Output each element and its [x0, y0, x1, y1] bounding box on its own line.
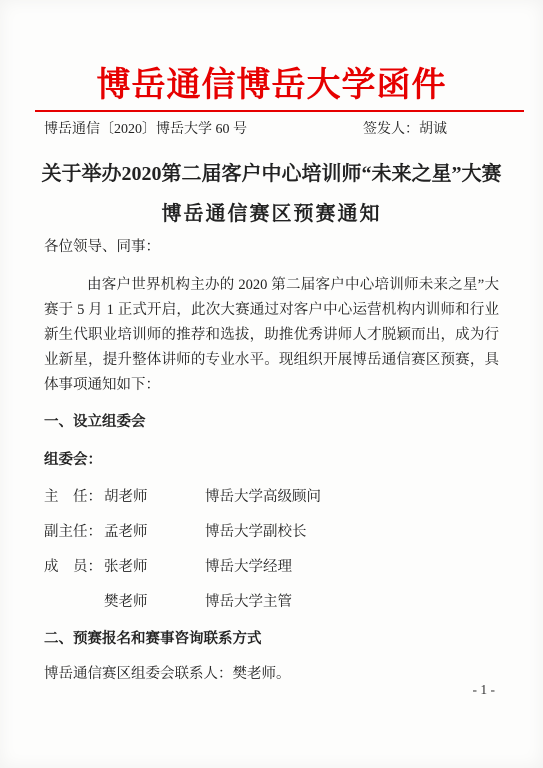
committee-subheading: 组委会： — [44, 448, 499, 473]
document-title: 关于举办2020第二届客户中心培训师“未来之星”大赛 博岳通信赛区预赛通知 — [0, 154, 543, 234]
document-title-line2: 博岳通信赛区预赛通知 — [0, 194, 543, 234]
doc-number-row: 博岳通信〔2020〕博岳大学 60 号 签发人：胡诚 — [44, 120, 499, 140]
scanned-letter-page: 博岳通信博岳大学函件 博岳通信〔2020〕博岳大学 60 号 签发人：胡诚 关于… — [0, 0, 543, 768]
roster-role — [44, 590, 104, 615]
roster-name: 胡老师 — [104, 485, 205, 510]
roster-name: 孟老师 — [104, 520, 205, 545]
roster-title: 博岳大学经理 — [205, 555, 499, 580]
section-one-heading: 一、设立组委会 — [44, 410, 499, 435]
section-two-heading: 二、预赛报名和赛事咨询联系方式 — [44, 627, 499, 652]
roster-role: 成 员： — [44, 555, 104, 580]
roster-title: 博岳大学高级顾问 — [205, 485, 499, 510]
intro-paragraph: 由客户世界机构主办的 2020 第二届客户中心培训师未来之星”大赛于 5 月 1… — [44, 273, 499, 398]
roster-row: 副主任： 孟老师 博岳大学副校长 — [44, 520, 499, 545]
roster-row: 成 员： 张老师 博岳大学经理 — [44, 555, 499, 580]
roster-title: 博岳大学主管 — [205, 590, 499, 615]
roster-row: 主 任： 胡老师 博岳大学高级顾问 — [44, 485, 499, 510]
roster-row: 樊老师 博岳大学主管 — [44, 590, 499, 615]
letter-body: 各位领导、同事： 由客户世界机构主办的 2020 第二届客户中心培训师未来之星”… — [44, 235, 499, 687]
letterhead-divider — [35, 110, 524, 112]
salutation: 各位领导、同事： — [44, 235, 499, 260]
document-title-line1: 关于举办2020第二届客户中心培训师“未来之星”大赛 — [0, 154, 543, 194]
contact-line: 博岳通信赛区组委会联系人：樊老师。 — [44, 662, 499, 687]
roster-name: 樊老师 — [104, 590, 205, 615]
page-number: - 1 - — [473, 681, 496, 699]
roster-role: 主 任： — [44, 485, 104, 510]
roster-name: 张老师 — [104, 555, 205, 580]
roster-title: 博岳大学副校长 — [205, 520, 499, 545]
issuer-label: 签发人：胡诚 — [363, 120, 447, 140]
roster-role: 副主任： — [44, 520, 104, 545]
doc-number: 博岳通信〔2020〕博岳大学 60 号 — [44, 120, 247, 140]
letterhead-title: 博岳通信博岳大学函件 — [0, 0, 543, 106]
